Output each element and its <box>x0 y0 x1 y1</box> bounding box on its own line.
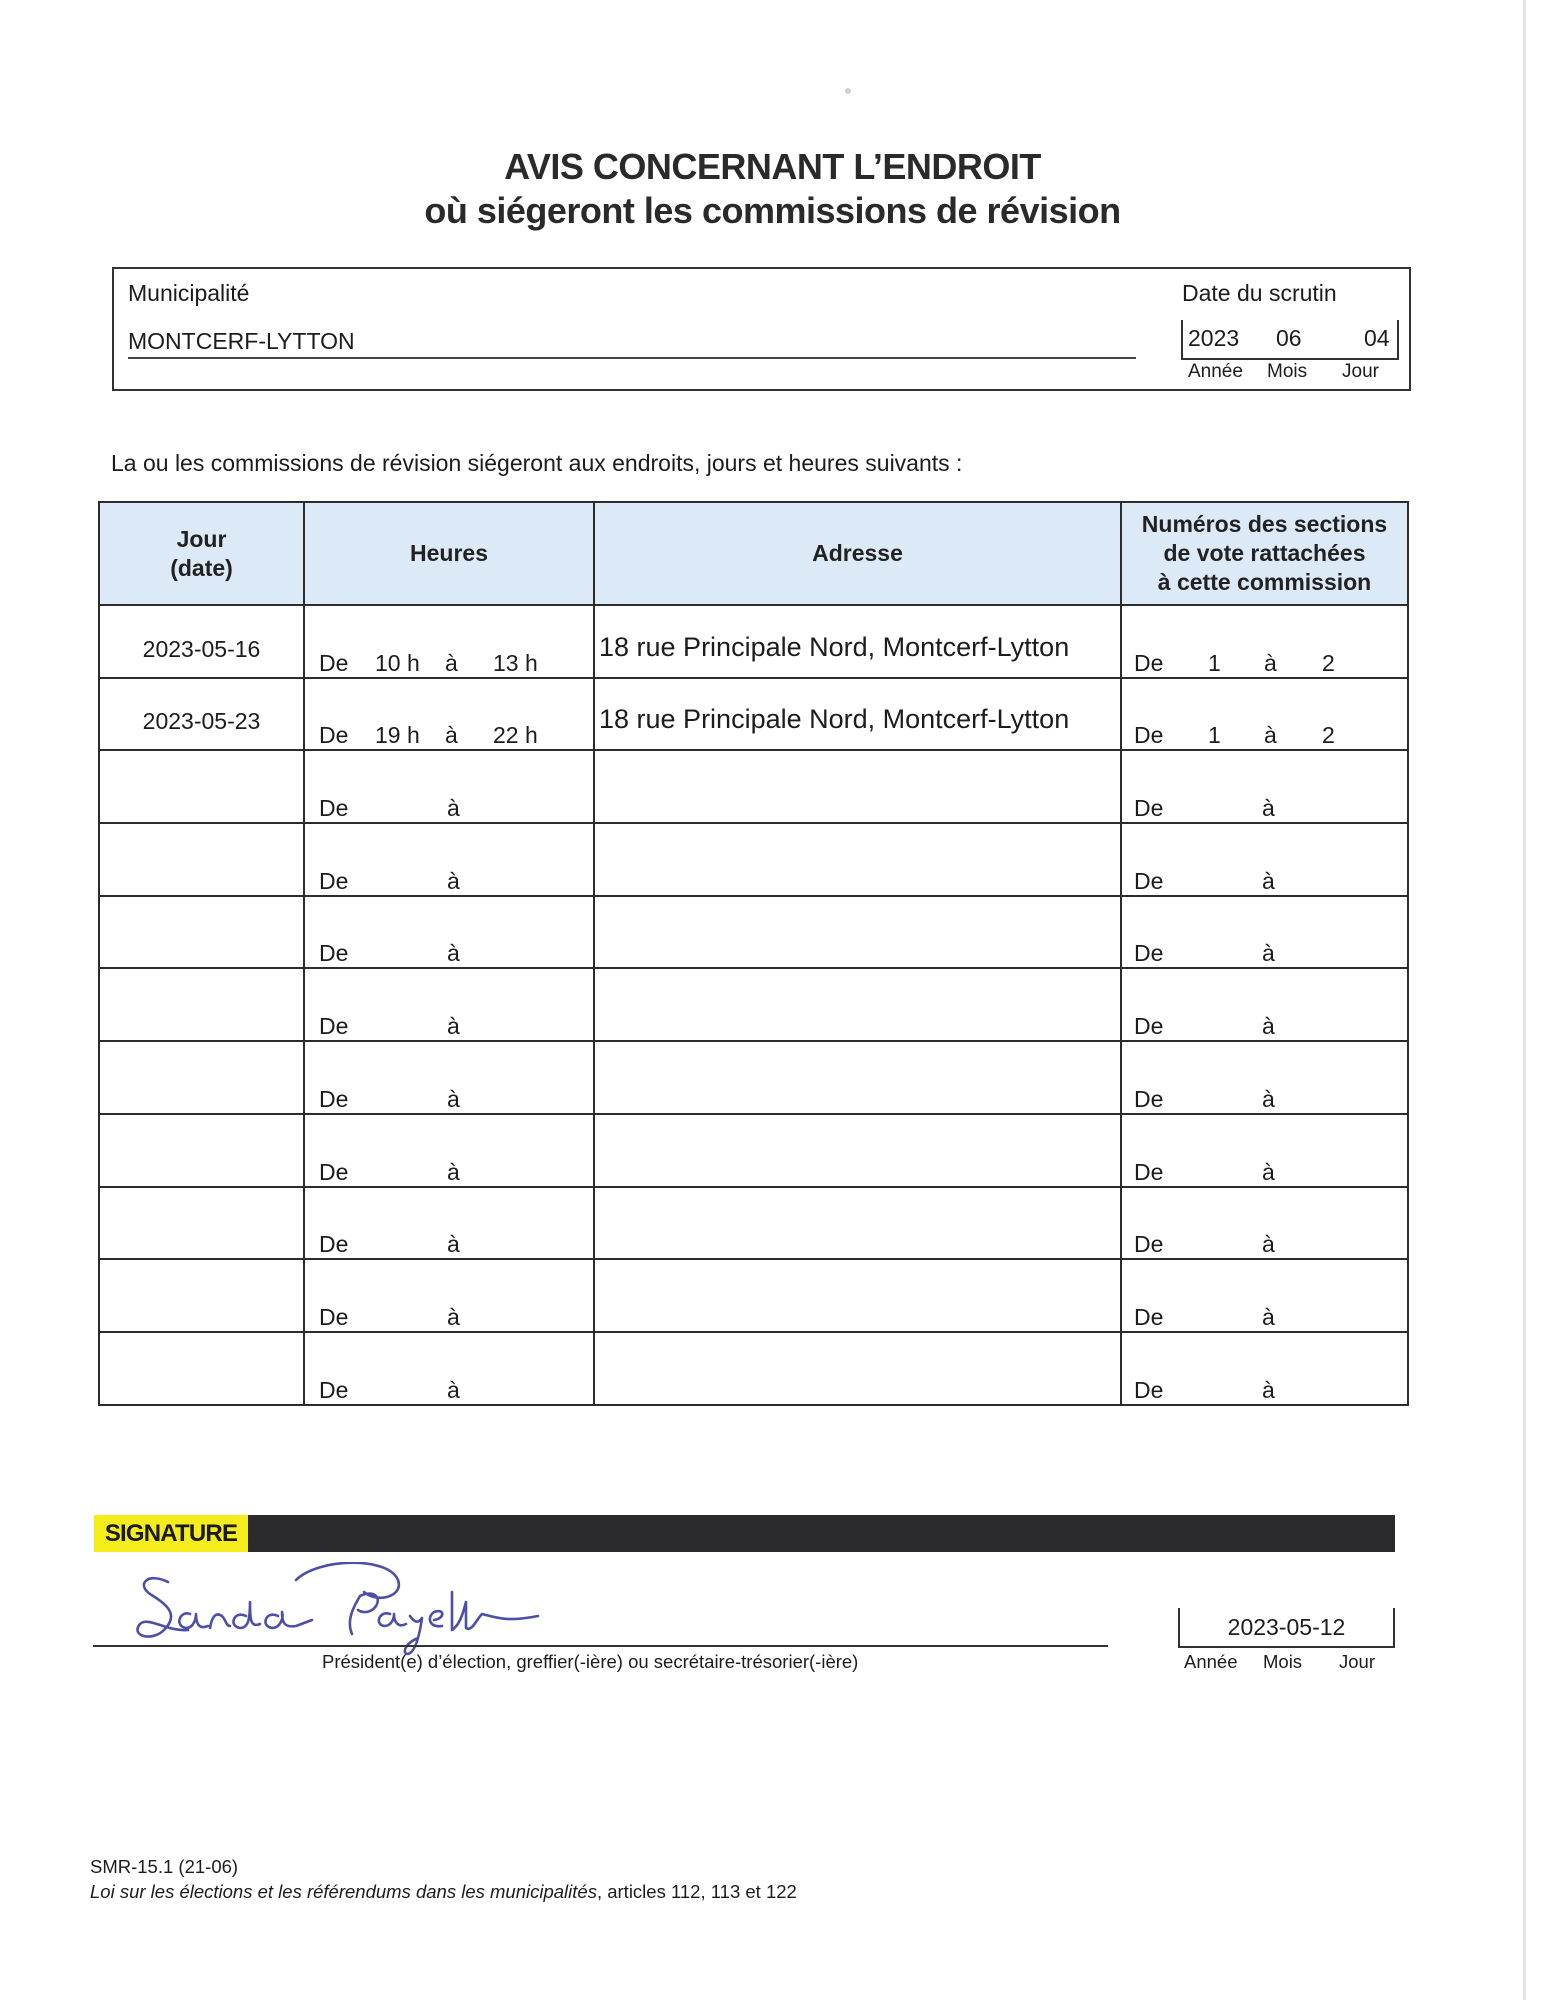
to-label: à <box>447 868 460 895</box>
law-reference: Loi sur les élections et les référendums… <box>90 1881 797 1903</box>
section-from-label: De <box>1134 1159 1163 1186</box>
date-cell[interactable] <box>99 823 304 896</box>
election-month: 06 <box>1276 325 1302 352</box>
address-cell[interactable]: 18 rue Principale Nord, Montcerf-Lytton <box>594 678 1121 751</box>
sections-cell[interactable]: De1à2 <box>1121 605 1408 678</box>
sections-cell[interactable]: Deà <box>1121 968 1408 1041</box>
hours-cell[interactable]: Deà <box>304 968 594 1041</box>
address-cell[interactable] <box>594 1041 1121 1114</box>
to-label: à <box>447 1086 460 1113</box>
header-date: Jour(date) <box>99 502 304 605</box>
section-to-label: à <box>1264 722 1277 749</box>
section-from: 1 <box>1208 722 1221 749</box>
date-cell[interactable] <box>99 896 304 969</box>
section-from-label: De <box>1134 1377 1163 1404</box>
section-to-label: à <box>1262 1231 1275 1258</box>
table-row: DeàDeà <box>99 968 1408 1041</box>
signature-line <box>93 1645 1108 1647</box>
address-cell[interactable] <box>594 968 1121 1041</box>
from-label: De <box>319 1013 348 1040</box>
table-header-row: Jour(date) Heures Adresse Numéros des se… <box>99 502 1408 605</box>
from-label: De <box>319 1377 348 1404</box>
to-label: à <box>447 1231 460 1258</box>
from-label: De <box>319 1159 348 1186</box>
document-subtitle: où siégeront les commissions de révision <box>0 190 1545 232</box>
section-from-label: De <box>1134 1304 1163 1331</box>
handwritten-signature <box>128 1562 608 1662</box>
sections-cell[interactable]: Deà <box>1121 750 1408 823</box>
scan-speck <box>845 88 851 94</box>
document-title: AVIS CONCERNANT L’ENDROIT <box>0 146 1545 188</box>
table-row: DeàDeà <box>99 896 1408 969</box>
from-label: De <box>319 1086 348 1113</box>
section-to-label: à <box>1262 940 1275 967</box>
from-label: De <box>319 1304 348 1331</box>
signer-role-caption: Président(e) d’élection, greffier(-ière)… <box>322 1651 858 1673</box>
to-label: à <box>445 722 458 749</box>
from-label: De <box>319 722 348 749</box>
hours-cell[interactable]: Deà <box>304 1114 594 1187</box>
address-cell[interactable] <box>594 823 1121 896</box>
section-to: 2 <box>1322 722 1335 749</box>
to-label: à <box>447 1013 460 1040</box>
table-row: 2023-05-16De10 hà13 h18 rue Principale N… <box>99 605 1408 678</box>
from-label: De <box>319 940 348 967</box>
section-from-label: De <box>1134 1231 1163 1258</box>
from-label: De <box>319 1231 348 1258</box>
table-row: DeàDeà <box>99 1041 1408 1114</box>
section-from-label: De <box>1134 1013 1163 1040</box>
date-cell[interactable] <box>99 968 304 1041</box>
sections-cell[interactable]: Deà <box>1121 1041 1408 1114</box>
address-cell[interactable] <box>594 1114 1121 1187</box>
hours-cell[interactable]: Deà <box>304 1259 594 1332</box>
hours-cell[interactable]: Deà <box>304 750 594 823</box>
to-label: à <box>447 1377 460 1404</box>
section-to-label: à <box>1262 868 1275 895</box>
hours-cell[interactable]: De10 hà13 h <box>304 605 594 678</box>
to-label: à <box>447 940 460 967</box>
form-code: SMR-15.1 (21-06) <box>90 1856 238 1878</box>
table-row: DeàDeà <box>99 1259 1408 1332</box>
hours-cell[interactable]: Deà <box>304 1187 594 1260</box>
address-cell[interactable] <box>594 750 1121 823</box>
sections-cell[interactable]: Deà <box>1121 896 1408 969</box>
section-from-label: De <box>1134 868 1163 895</box>
table-row: DeàDeà <box>99 750 1408 823</box>
municipality-field[interactable]: MONTCERF-LYTTON <box>128 328 355 355</box>
section-to-label: à <box>1262 1013 1275 1040</box>
header-hours: Heures <box>304 502 594 605</box>
from-label: De <box>319 868 348 895</box>
from-label: De <box>319 795 348 822</box>
section-to-label: à <box>1262 795 1275 822</box>
date-cell[interactable] <box>99 1114 304 1187</box>
section-from-label: De <box>1134 940 1163 967</box>
section-to-label: à <box>1262 1377 1275 1404</box>
date-cell[interactable] <box>99 1187 304 1260</box>
date-cell[interactable] <box>99 1332 304 1405</box>
section-to-label: à <box>1262 1304 1275 1331</box>
section-from-label: De <box>1134 722 1163 749</box>
election-date-label: Date du scrutin <box>1182 280 1337 307</box>
date-cell[interactable]: 2023-05-23 <box>99 678 304 751</box>
hours-cell[interactable]: Deà <box>304 1041 594 1114</box>
address-cell[interactable] <box>594 1332 1121 1405</box>
sig-month-caption: Mois <box>1263 1651 1302 1673</box>
election-day: 04 <box>1364 325 1390 352</box>
to-label: à <box>445 650 458 677</box>
date-cell[interactable] <box>99 750 304 823</box>
address-cell[interactable] <box>594 1259 1121 1332</box>
signature-section-label: SIGNATURE <box>94 1515 248 1552</box>
election-year: 2023 <box>1188 325 1239 352</box>
to-label: à <box>447 795 460 822</box>
section-to: 2 <box>1322 650 1335 677</box>
commissions-table: Jour(date) Heures Adresse Numéros des se… <box>98 501 1409 1406</box>
date-cell[interactable]: 2023-05-16 <box>99 605 304 678</box>
sections-cell[interactable]: Deà <box>1121 1259 1408 1332</box>
from-hour: 10 h <box>375 650 420 677</box>
sections-cell[interactable]: Deà <box>1121 823 1408 896</box>
from-label: De <box>319 650 348 677</box>
address-cell[interactable] <box>594 896 1121 969</box>
date-cell[interactable] <box>99 1259 304 1332</box>
header-address: Adresse <box>594 502 1121 605</box>
sig-day-caption: Jour <box>1339 1651 1375 1673</box>
municipality-label: Municipalité <box>128 280 249 307</box>
section-to-label: à <box>1262 1159 1275 1186</box>
hours-cell[interactable]: Deà <box>304 823 594 896</box>
law-articles: , articles 112, 113 et 122 <box>597 1881 797 1902</box>
intro-text: La ou les commissions de révision siéger… <box>111 450 962 477</box>
section-from-label: De <box>1134 795 1163 822</box>
to-hour: 13 h <box>493 650 538 677</box>
law-title: Loi sur les élections et les référendums… <box>90 1881 597 1902</box>
sig-year-caption: Année <box>1184 1651 1238 1673</box>
to-label: à <box>447 1304 460 1331</box>
sections-cell[interactable]: Deà <box>1121 1332 1408 1405</box>
to-hour: 22 h <box>493 722 538 749</box>
hours-cell[interactable]: Deà <box>304 896 594 969</box>
signature-date-field[interactable]: 2023-05-12 <box>1178 1608 1395 1648</box>
signature-section-bar <box>94 1515 1395 1552</box>
section-to-label: à <box>1264 650 1277 677</box>
table-row: 2023-05-23De19 hà22 h18 rue Principale N… <box>99 678 1408 751</box>
scan-edge <box>1523 0 1526 2000</box>
month-caption: Mois <box>1267 361 1307 383</box>
section-from: 1 <box>1208 650 1221 677</box>
from-hour: 19 h <box>375 722 420 749</box>
address-cell[interactable] <box>594 1187 1121 1260</box>
table-row: DeàDeà <box>99 1332 1408 1405</box>
sections-cell[interactable]: Deà <box>1121 1187 1408 1260</box>
header-sections: Numéros des sectionsde vote rattachéesà … <box>1121 502 1408 605</box>
table-row: DeàDeà <box>99 1114 1408 1187</box>
municipality-underline <box>128 357 1136 359</box>
section-from-label: De <box>1134 1086 1163 1113</box>
table-row: DeàDeà <box>99 823 1408 896</box>
section-from-label: De <box>1134 650 1163 677</box>
table-row: DeàDeà <box>99 1187 1408 1260</box>
hours-cell[interactable]: Deà <box>304 1332 594 1405</box>
to-label: à <box>447 1159 460 1186</box>
address-cell[interactable]: 18 rue Principale Nord, Montcerf-Lytton <box>594 605 1121 678</box>
date-cell[interactable] <box>99 1041 304 1114</box>
sections-cell[interactable]: De1à2 <box>1121 678 1408 751</box>
hours-cell[interactable]: De19 hà22 h <box>304 678 594 751</box>
section-to-label: à <box>1262 1086 1275 1113</box>
sections-cell[interactable]: Deà <box>1121 1114 1408 1187</box>
year-caption: Année <box>1188 361 1243 383</box>
day-caption: Jour <box>1342 361 1379 383</box>
